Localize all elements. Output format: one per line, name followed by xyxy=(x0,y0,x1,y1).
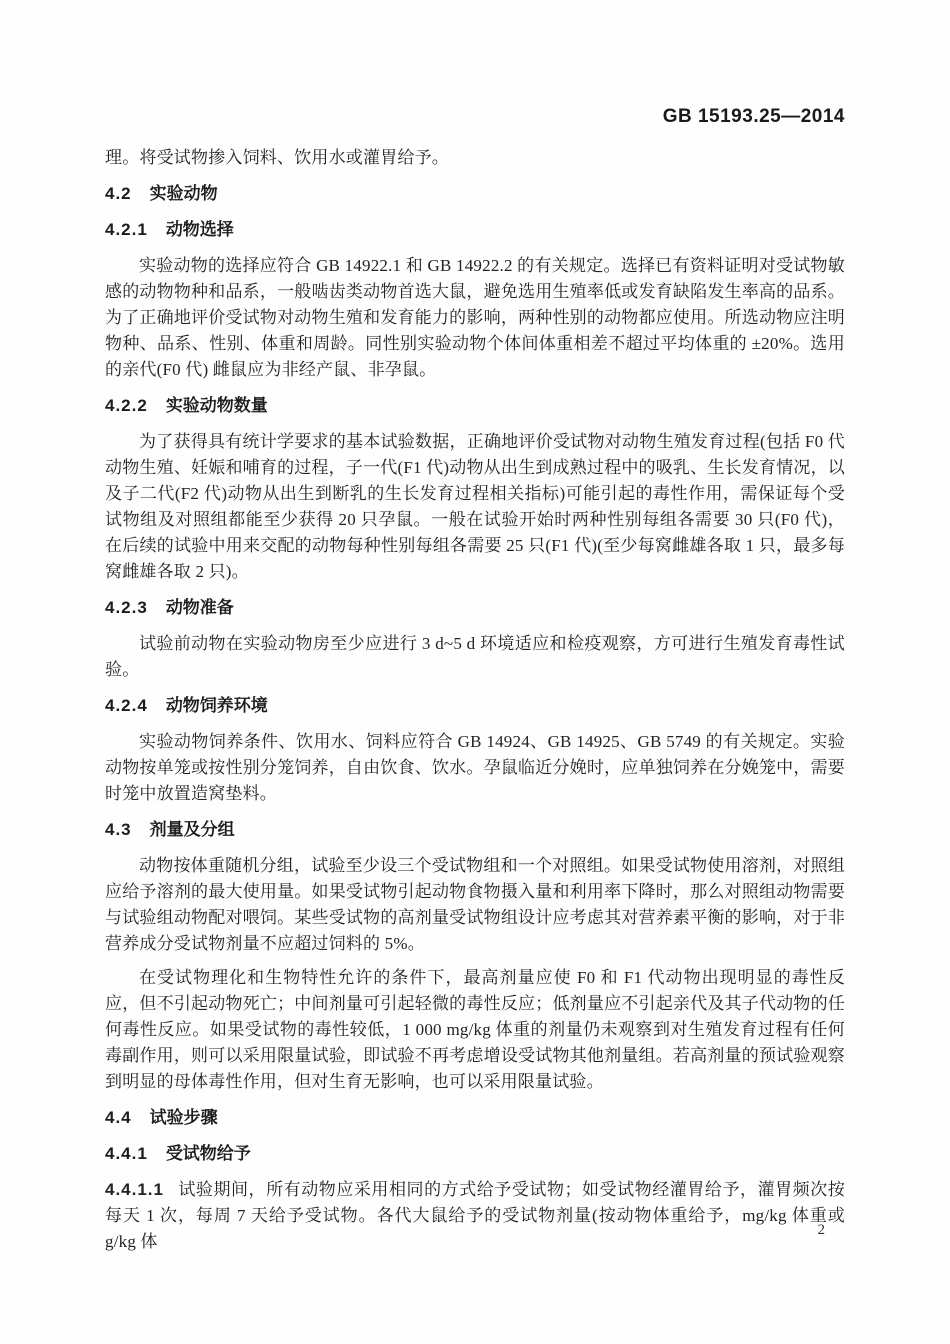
section-title: 受试物给予 xyxy=(166,1144,251,1163)
paragraph: 在受试物理化和生物特性允许的条件下，最高剂量应使 F0 和 F1 代动物出现明显… xyxy=(105,965,845,1095)
section-title: 动物选择 xyxy=(166,220,234,239)
paragraph: 理。将受试物掺入饲料、饮用水或灌胃给予。 xyxy=(105,145,845,171)
section-title: 动物饲养环境 xyxy=(166,696,268,715)
page-content: GB 15193.25—2014 理。将受试物掺入饲料、饮用水或灌胃给予。4.2… xyxy=(105,105,845,1263)
section-number: 4.4.1 xyxy=(105,1144,148,1163)
section-title: 试验步骤 xyxy=(150,1108,218,1127)
document-body: 理。将受试物掺入饲料、饮用水或灌胃给予。4.2实验动物4.2.1动物选择实验动物… xyxy=(105,145,845,1255)
section-number: 4.2 xyxy=(105,184,132,203)
section-heading: 4.2.1动物选择 xyxy=(105,217,845,243)
section-number: 4.2.2 xyxy=(105,396,148,415)
section-heading: 4.2.4动物饲养环境 xyxy=(105,693,845,719)
paragraph-number: 4.4.1.1 xyxy=(105,1180,164,1199)
section-title: 剂量及分组 xyxy=(150,820,235,839)
section-heading: 4.4.1受试物给予 xyxy=(105,1141,845,1167)
page-number: 2 xyxy=(818,1220,826,1240)
paragraph: 动物按体重随机分组，试验至少设三个受试物组和一个对照组。如果受试物使用溶剂，对照… xyxy=(105,853,845,957)
section-heading: 4.3剂量及分组 xyxy=(105,817,845,843)
paragraph: 为了获得具有统计学要求的基本试验数据，正确地评价受试物对动物生殖发育过程(包括 … xyxy=(105,429,845,585)
paragraph-text: 试验期间，所有动物应采用相同的方式给予受试物；如受试物经灌胃给予，灌胃频次按每天… xyxy=(105,1180,845,1251)
section-number: 4.2.4 xyxy=(105,696,148,715)
standard-number: GB 15193.25—2014 xyxy=(105,105,845,129)
section-heading: 4.2.2实验动物数量 xyxy=(105,393,845,419)
paragraph: 4.4.1.1试验期间，所有动物应采用相同的方式给予受试物；如受试物经灌胃给予，… xyxy=(105,1177,845,1255)
section-number: 4.3 xyxy=(105,820,132,839)
section-title: 动物准备 xyxy=(166,598,234,617)
paragraph: 实验动物的选择应符合 GB 14922.1 和 GB 14922.2 的有关规定… xyxy=(105,253,845,383)
section-heading: 4.2.3动物准备 xyxy=(105,595,845,621)
paragraph: 实验动物饲养条件、饮用水、饲料应符合 GB 14924、GB 14925、GB … xyxy=(105,729,845,807)
paragraph: 试验前动物在实验动物房至少应进行 3 d~5 d 环境适应和检疫观察，方可进行生… xyxy=(105,631,845,683)
section-number: 4.2.1 xyxy=(105,220,148,239)
document-page: GB 15193.25—2014 理。将受试物掺入饲料、饮用水或灌胃给予。4.2… xyxy=(0,0,950,1344)
section-heading: 4.2实验动物 xyxy=(105,181,845,207)
section-number: 4.2.3 xyxy=(105,598,148,617)
section-number: 4.4 xyxy=(105,1108,132,1127)
section-title: 实验动物 xyxy=(150,184,218,203)
section-title: 实验动物数量 xyxy=(166,396,268,415)
section-heading: 4.4试验步骤 xyxy=(105,1105,845,1131)
